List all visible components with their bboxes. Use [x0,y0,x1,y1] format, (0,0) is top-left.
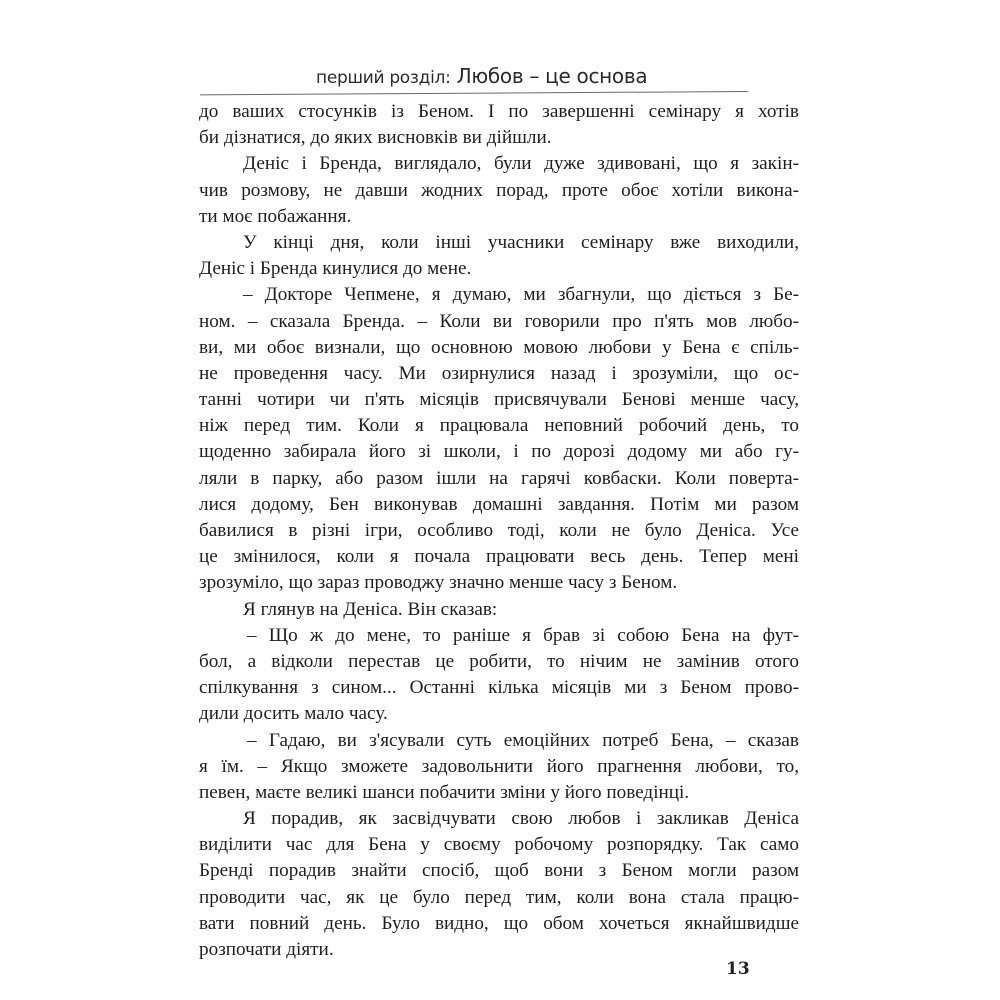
text-line: чив розмову, не давши жодних порад, прот… [199,178,799,204]
text-line: – Що ж до мене, то раніше я брав зі собо… [199,623,799,649]
text-line: – Докторе Чепмене, я думаю, ми збагнули,… [199,282,799,308]
running-head: перший розділ: Любов – це основа [316,64,647,88]
text-line: би дізнатися, до яких висновків ви дійшл… [199,125,799,151]
text-line: бол, а відколи перестав це робити, то ні… [199,649,799,675]
text-line: вати повний день. Було видно, що обом хо… [199,911,799,937]
text-line: виділити час для Бена у своєму робочому … [199,832,799,858]
text-line: У кінці дня, коли інші учасники семінару… [199,230,799,256]
text-line: щоденно забирала його зі школи, і по дор… [199,439,799,465]
text-line: дили досить мало часу. [199,701,799,727]
text-line: проводити час, як це було перед тим, кол… [199,885,799,911]
text-line: лися додому, Бен виконував домашні завда… [199,492,799,518]
text-line: це змінилося, коли я почала працювати ве… [199,544,799,570]
page-number: 13 [726,959,750,979]
text-line: зрозуміло, що зараз проводжу значно менш… [199,570,799,596]
book-page: перший розділ: Любов – це основа до ваши… [0,0,1000,1000]
text-line: я їм. – Якщо зможете задовольнити його п… [199,754,799,780]
text-line: Бренді порадив знайти спосіб, щоб вони з… [199,858,799,884]
text-line: ніж перед тим. Коли я працювала неповний… [199,413,799,439]
text-line: танні чотири чи п'ять місяців присвячува… [199,387,799,413]
text-line: Я глянув на Деніса. Він сказав: [199,597,799,623]
chapter-title: Любов – це основа [457,64,648,88]
text-line: спілкування з сином... Останні кілька мі… [199,675,799,701]
text-line: певен, маєте великі шанси побачити зміни… [199,780,799,806]
text-line: ви, ми обоє визнали, що основною мовою л… [199,335,799,361]
text-line: не проведення часу. Ми озирнулися назад … [199,361,799,387]
text-line: бавилися в різні ігри, особливо тоді, ко… [199,518,799,544]
text-line: до ваших стосунків із Беном. І по заверш… [199,99,799,125]
text-line: – Гадаю, ви з'ясували суть емоційних пот… [199,728,799,754]
text-line: ном. – сказала Бренда. – Коли ви говорил… [199,309,799,335]
text-line: розпочати діяти. [199,937,799,963]
text-line: ляли в парку, або разом ішли на гарячі к… [199,466,799,492]
body-text: до ваших стосунків із Беном. І по заверш… [199,99,799,963]
text-line: ти моє побажання. [199,204,799,230]
header-rule [200,91,748,95]
text-line: Деніс і Бренда кинулися до мене. [199,256,799,282]
chapter-label: перший розділ: [316,68,451,88]
text-line: Я порадив, як засвідчувати свою любов і … [199,806,799,832]
text-line: Деніс і Бренда, виглядало, були дуже зди… [199,151,799,177]
